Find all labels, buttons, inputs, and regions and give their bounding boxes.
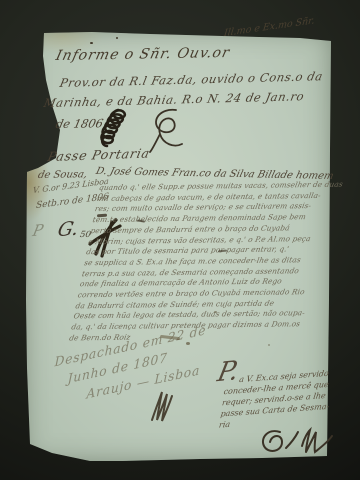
photo-background: Ill.mo e Ex.mo Sñr. Informe o Sñr. Ouv.o… — [0, 0, 360, 480]
ink-speck — [186, 342, 190, 345]
signature-paraph — [148, 390, 174, 424]
despacho-line-1: Informe o Sñr. Ouv.or — [54, 45, 231, 64]
petition-note: a V. Ex.ca seja servido conceder-lhe a m… — [232, 367, 335, 429]
despacho-paraph-flourish — [146, 106, 186, 154]
ink-speck — [268, 344, 270, 346]
corner-paraph-initials — [258, 424, 334, 462]
ink-speck — [90, 42, 93, 44]
salutation: Ill.mo e Ex.mo Sñr. — [223, 15, 315, 39]
ink-speck — [214, 311, 217, 313]
ink-speck — [116, 37, 118, 39]
